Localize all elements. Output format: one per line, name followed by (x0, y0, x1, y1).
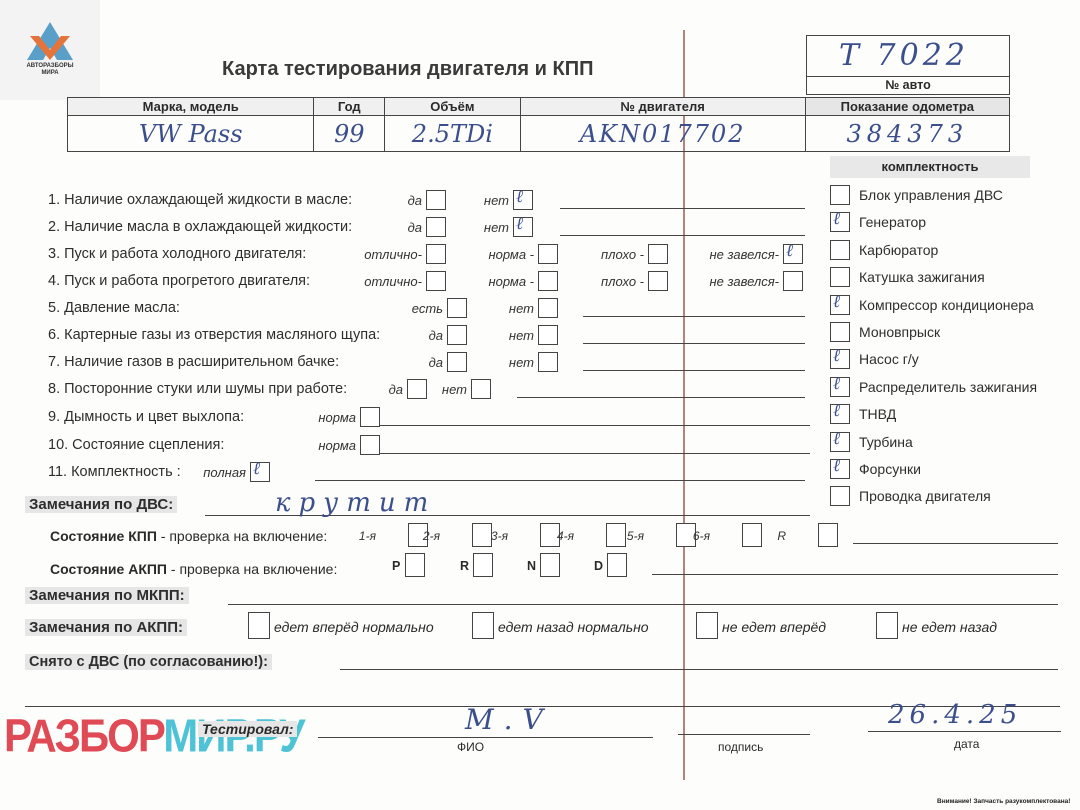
name-caption: ФИО (457, 740, 484, 754)
signature-line (678, 734, 810, 735)
question-3-checkbox[interactable] (426, 244, 446, 264)
kpp-gear-label: 1-я (340, 529, 376, 543)
akpp-mode-checkbox[interactable] (540, 553, 560, 577)
check-mark-icon: ℓ (833, 456, 840, 476)
akpp-remark-checkbox[interactable] (248, 612, 270, 639)
question-10-notes-line[interactable] (380, 453, 810, 454)
volume-value: 2.5TDi (385, 116, 521, 152)
question-2-checkbox[interactable]: ℓ (513, 217, 533, 237)
question-1-checkbox[interactable]: ℓ (513, 190, 533, 210)
question-10-option-label: норма (300, 438, 356, 453)
year-value: 99 (314, 116, 385, 152)
question-4-checkbox[interactable] (783, 271, 803, 291)
vehicle-number-value: T 7022 (839, 38, 969, 73)
kpp-gear-checkbox[interactable] (818, 523, 838, 547)
question-11-notes-line[interactable] (315, 480, 805, 481)
akpp-line (652, 574, 1058, 575)
completeness-checkbox[interactable] (830, 486, 850, 506)
question-1-option-label: нет (480, 193, 509, 208)
completeness-checkbox[interactable]: ℓ (830, 432, 850, 452)
question-11-checkbox[interactable]: ℓ (250, 462, 270, 482)
question-2-option-label: да (375, 220, 422, 235)
completeness-checkbox[interactable]: ℓ (830, 212, 850, 232)
question-7-option-label: да (400, 355, 443, 370)
mkpp-remarks-label: Замечания по МКПП: (25, 587, 189, 604)
question-1-notes-line[interactable] (560, 208, 805, 209)
question-7: 7. Наличие газов в расширительном бачке: (48, 354, 339, 370)
akpp-remark-label: едет назад нормально (498, 619, 649, 635)
completeness-checkbox[interactable] (830, 240, 850, 260)
akpp-mode-checkbox[interactable] (473, 553, 493, 577)
completeness-checkbox[interactable]: ℓ (830, 295, 850, 315)
question-3-checkbox[interactable] (648, 244, 668, 264)
engine-no-value: AKN017702 (520, 116, 805, 152)
akpp-mode-label: R (460, 559, 469, 573)
question-5-checkbox[interactable] (538, 298, 558, 318)
question-5-checkbox[interactable] (447, 298, 467, 318)
vehicle-info-table: Марка, модель Год Объём № двигателя Пока… (67, 97, 1010, 152)
question-7-option-label: нет (490, 355, 534, 370)
question-4-checkbox[interactable] (648, 271, 668, 291)
question-4-checkbox[interactable] (426, 271, 446, 291)
vehicle-number-label: № авто (806, 77, 1010, 95)
kpp-gear-label: 6-я (674, 529, 710, 543)
header-engine-no: № двигателя (520, 98, 805, 116)
question-2-option-label: нет (480, 220, 509, 235)
akpp-mode-label: D (594, 559, 603, 573)
logo-text-2: МИРА (0, 70, 100, 76)
akpp-remark-label: едет вперёд нормально (274, 619, 434, 635)
completeness-item-label: Турбина (859, 434, 913, 450)
check-mark-icon: ℓ (833, 374, 840, 394)
completeness-item-label: Насос г/у (859, 351, 919, 367)
question-8-checkbox[interactable] (407, 379, 427, 399)
model-value: VW Pass (68, 116, 314, 152)
question-9: 9. Дымность и цвет выхлопа: (48, 409, 244, 425)
completeness-checkbox[interactable]: ℓ (830, 404, 850, 424)
header-model: Марка, модель (68, 98, 314, 116)
question-6-checkbox[interactable] (447, 325, 467, 345)
akpp-remark-checkbox[interactable] (876, 612, 898, 639)
question-5: 5. Давление масла: (48, 300, 180, 316)
question-2: 2. Наличие масла в охлаждающей жидкости: (48, 219, 352, 235)
engine-remarks-value[interactable]: крутит (275, 488, 436, 518)
question-8-notes-line[interactable] (517, 397, 805, 398)
question-4-option-label: не завелся- (700, 274, 779, 289)
check-mark-icon: ℓ (253, 459, 260, 479)
question-10-checkbox[interactable] (360, 435, 380, 455)
question-6-option-label: нет (490, 328, 534, 343)
removed-line[interactable] (340, 669, 1058, 670)
kpp-gear-label: 4-я (538, 529, 574, 543)
completeness-checkbox[interactable] (830, 185, 850, 205)
check-mark-icon: ℓ (786, 241, 793, 261)
akpp-label: Состояние АКПП - проверка на включение: (50, 561, 337, 577)
question-3: 3. Пуск и работа холодного двигателя: (48, 246, 306, 262)
question-9-notes-line[interactable] (380, 425, 810, 426)
question-3-option-label: плохо - (590, 247, 644, 262)
check-mark-icon: ℓ (833, 292, 840, 312)
check-mark-icon: ℓ (833, 346, 840, 366)
akpp-label-bold: Состояние АКПП (50, 561, 167, 577)
akpp-remarks-label: Замечания по АКПП: (25, 619, 187, 636)
date-value[interactable]: 26.4.25 (888, 700, 1022, 730)
question-8-checkbox[interactable] (471, 379, 491, 399)
header-year: Год (314, 98, 385, 116)
kpp-label-bold: Состояние КПП (50, 528, 157, 544)
check-mark-icon: ℓ (833, 209, 840, 229)
date-caption: дата (954, 737, 979, 751)
completeness-item-label: Катушка зажигания (859, 269, 985, 285)
kpp-line (853, 543, 1058, 544)
kpp-gear-label: 3-я (472, 529, 508, 543)
question-11-option-label: полная (200, 465, 246, 480)
question-3-checkbox[interactable]: ℓ (783, 244, 803, 264)
completeness-item-label: Карбюратор (859, 242, 938, 258)
completeness-item-label: Генератор (859, 214, 926, 230)
question-4-option-label: плохо - (590, 274, 644, 289)
vehicle-number-box: T 7022 (806, 35, 1010, 77)
engine-remarks-label: Замечания по ДВС: (25, 496, 177, 513)
question-5-option-label: есть (400, 301, 443, 316)
akpp-remark-label: не едет вперёд (722, 619, 826, 635)
completeness-checkbox[interactable] (830, 267, 850, 287)
question-4-option-label: отлично- (330, 274, 422, 289)
completeness-item-label: Моновпрыск (859, 324, 940, 340)
completeness-item-label: Компрессор кондиционера (859, 297, 1034, 313)
akpp-mode-checkbox[interactable] (607, 553, 627, 577)
akpp-remark-checkbox[interactable] (472, 612, 494, 639)
name-value[interactable]: M.V (465, 703, 553, 736)
name-line (318, 737, 653, 738)
question-8-option-label: да (360, 382, 403, 397)
question-5-option-label: нет (490, 301, 534, 316)
completeness-item-label: Проводка двигателя (859, 488, 991, 504)
header-odometer: Показание одометра (805, 98, 1009, 116)
question-1-checkbox[interactable] (426, 190, 446, 210)
question-4-option-label: норма - (470, 274, 534, 289)
question-2-notes-line[interactable] (560, 235, 805, 236)
akpp-mode-checkbox[interactable] (405, 553, 425, 577)
completeness-header: комплектность (830, 156, 1030, 178)
question-3-option-label: норма - (470, 247, 534, 262)
completeness-item-label: ТНВД (859, 406, 896, 422)
question-3-option-label: не завелся- (700, 247, 779, 262)
question-8: 8. Посторонние стуки или шумы при работе… (48, 381, 347, 397)
watermark-part1: РАЗБОР (4, 710, 163, 762)
akpp-remark-label: не едет назад (902, 619, 997, 635)
question-4-checkbox[interactable] (538, 271, 558, 291)
mkpp-remarks-line[interactable] (228, 604, 1058, 605)
question-2-checkbox[interactable] (426, 217, 446, 237)
akpp-mode-label: P (392, 559, 400, 573)
question-6-checkbox[interactable] (538, 325, 558, 345)
signature-caption: подпись (718, 740, 763, 754)
header-volume: Объём (385, 98, 521, 116)
question-7-checkbox[interactable] (447, 352, 467, 372)
kpp-gear-label: R (750, 529, 786, 543)
page-title: Карта тестирования двигателя и КПП (222, 58, 593, 81)
completeness-checkbox[interactable] (830, 322, 850, 342)
question-1-option-label: да (375, 193, 422, 208)
check-mark-icon: ℓ (833, 401, 840, 421)
question-7-checkbox[interactable] (538, 352, 558, 372)
check-mark-icon: ℓ (516, 214, 523, 234)
question-6-option-label: да (400, 328, 443, 343)
question-4: 4. Пуск и работа прогретого двигателя: (48, 273, 310, 289)
question-1: 1. Наличие охлаждающей жидкости в масле: (48, 192, 352, 208)
check-mark-icon: ℓ (516, 187, 523, 207)
completeness-checkbox[interactable]: ℓ (830, 459, 850, 479)
question-3-checkbox[interactable] (538, 244, 558, 264)
removed-label: Снято с ДВС (по согласованию!): (25, 654, 272, 670)
question-6: 6. Картерные газы из отверстия масляного… (48, 327, 380, 343)
kpp-label-rest: - проверка на включение: (157, 528, 327, 544)
date-line (868, 731, 1061, 732)
tested-by-label: Тестировал: (198, 721, 297, 737)
completeness-item-label: Блок управления ДВС (859, 187, 1003, 203)
kpp-gear-label: 2-я (404, 529, 440, 543)
autorazbory-logo-icon (27, 22, 73, 62)
completeness-checkbox[interactable]: ℓ (830, 377, 850, 397)
footer-note: Внимание! Запчасть разукомплектована! (937, 798, 1070, 805)
question-6-notes-line[interactable] (583, 343, 805, 344)
check-mark-icon: ℓ (833, 429, 840, 449)
question-7-notes-line[interactable] (583, 370, 805, 371)
question-9-option-label: норма (300, 410, 356, 425)
question-11: 11. Комплектность : (48, 464, 181, 480)
question-5-notes-line[interactable] (583, 316, 805, 317)
akpp-remark-checkbox[interactable] (696, 612, 718, 639)
odometer-value: 384373 (805, 116, 1009, 152)
completeness-item-label: Форсунки (859, 461, 921, 477)
completeness-checkbox[interactable]: ℓ (830, 349, 850, 369)
question-9-checkbox[interactable] (360, 407, 380, 427)
kpp-gear-label: 5-я (608, 529, 644, 543)
logo: АВТОРАЗБОРЫ МИРА (0, 0, 100, 100)
question-10: 10. Состояние сцепления: (48, 437, 224, 453)
akpp-mode-label: N (527, 559, 536, 573)
kpp-label: Состояние КПП - проверка на включение: (50, 528, 327, 544)
logo-text-1: АВТОРАЗБОРЫ (0, 63, 100, 69)
akpp-label-rest: - проверка на включение: (167, 561, 337, 577)
completeness-item-label: Распределитель зажигания (859, 379, 1037, 395)
question-3-option-label: отлично- (330, 247, 422, 262)
question-8-option-label: нет (430, 382, 467, 397)
